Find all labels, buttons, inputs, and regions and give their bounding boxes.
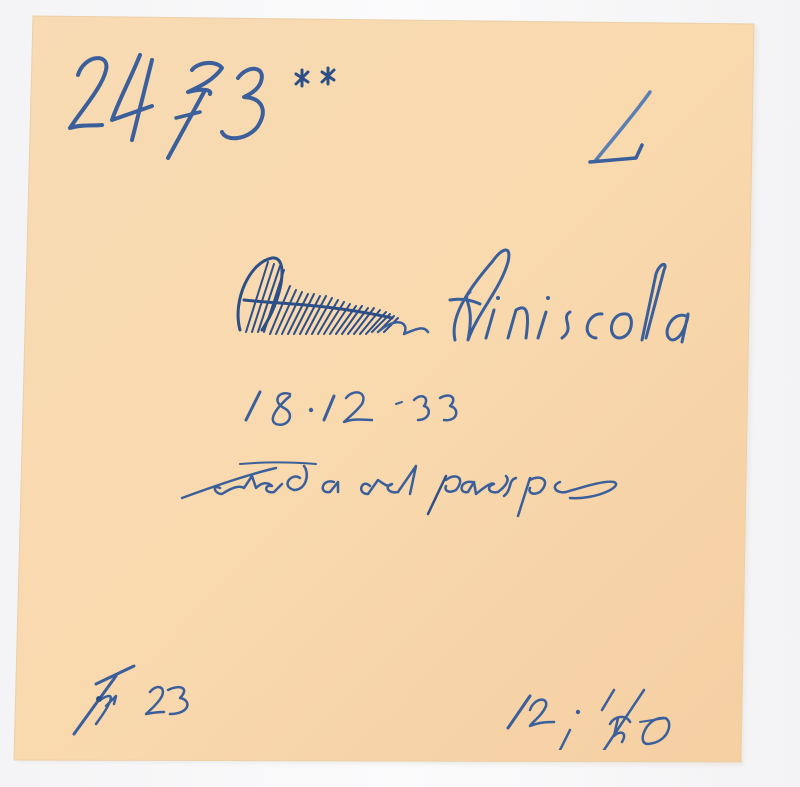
crossed-out-word [238,258,428,334]
category-letter-handwriting [580,85,680,175]
locality-title-handwriting [225,230,695,360]
date: 18·12·33 [230,380,480,435]
folio-reference: Fr 23 [65,655,215,740]
date-handwriting [230,380,480,435]
catalogue-number-handwriting [60,45,350,165]
inventory-reference-handwriting [490,670,680,750]
folio-reference-handwriting [65,655,215,740]
category-letter: L [580,85,680,175]
subject-handwriting [175,455,625,525]
subject: strada del paese [175,455,625,525]
scan-background: 2473** L [0,0,800,787]
inventory-reference: 12; 1/50 [490,670,680,750]
index-card: 2473** L [0,0,800,787]
locality-title: Orunessei Siniscola [225,230,695,360]
place-name [450,250,688,342]
catalogue-number: 2473** [60,45,350,165]
